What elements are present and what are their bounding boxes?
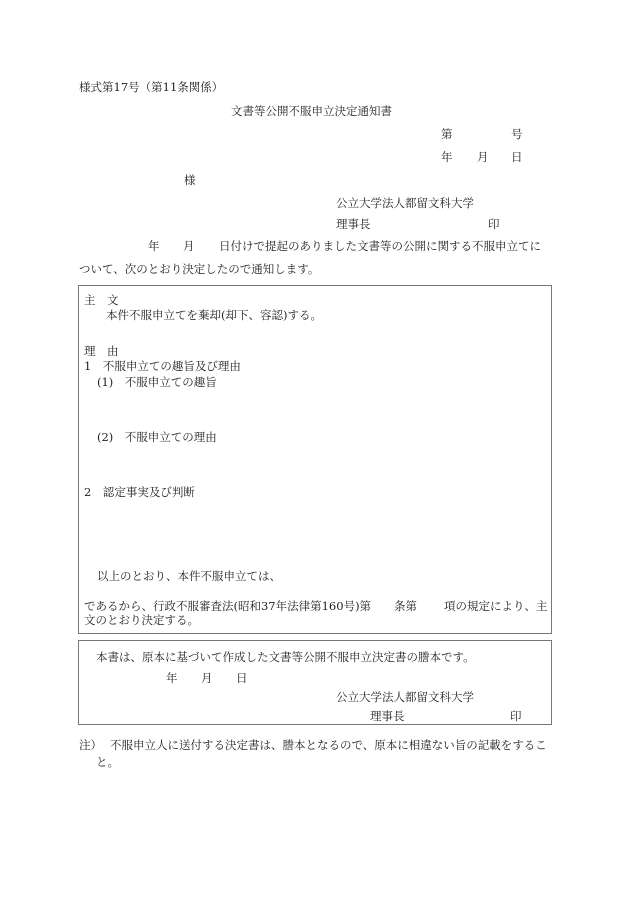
form-number: 様式第17号（第11条関係） [79,80,223,94]
reason-item-2: 2 認定事実及び判断 [84,485,195,499]
date-year: 年 [441,150,453,164]
date-day: 日 [511,150,523,164]
intro-line2: ついて、次のとおり決定したので通知します。 [79,262,319,276]
copy-title: 理事長 [370,709,405,723]
seal-mark: 印 [488,217,500,231]
issuer-title: 理事長 [336,217,371,231]
main-heading: 主 文 [84,293,119,307]
copy-month: 月 [201,671,213,685]
note-line1: 不服申立人に送付する決定書は、謄本となるので、原本に相違ない旨の記載をするこ [110,738,547,752]
intro-line1: 日付けで提起のありました文書等の公開に関する不服申立てに [219,239,541,253]
conclusion-line2-c: 項の規定により、主 [444,599,548,613]
copy-seal-mark: 印 [510,709,522,723]
conclusion-line3: 文のとおり決定する。 [84,613,199,627]
intro-month: 月 [183,239,195,253]
issuer-org: 公立大学法人都留文科大学 [336,196,474,210]
conclusion-line1: 以上のとおり、本件不服申立ては、 [97,569,281,583]
addressee-suffix: 様 [184,173,196,187]
copy-org: 公立大学法人都留文科大学 [336,690,474,704]
reason-heading: 理 由 [84,344,119,358]
date-month: 月 [477,150,489,164]
number-prefix: 第 [441,127,453,141]
conclusion-line2-a: であるから、行政不服審査法(昭和37年法律第160号)第 [84,599,371,613]
document-title: 文書等公開不服申立決定通知書 [231,104,392,118]
main-text: 本件不服申立てを棄却(却下、容認)する。 [106,308,322,322]
reason-item-1-1: (1) 不服申立ての趣旨 [97,375,217,389]
copy-statement: 本書は、原本に基づいて作成した文書等公開不服申立決定書の謄本です。 [96,650,475,664]
reason-item-1-2: (2) 不服申立ての理由 [97,430,217,444]
note-label: 注） [79,738,102,752]
note-line2: と。 [96,755,119,769]
copy-year: 年 [166,671,178,685]
number-suffix: 号 [511,127,523,141]
reason-item-1: 1 不服申立ての趣旨及び理由 [84,359,241,373]
copy-day: 日 [236,671,248,685]
intro-year: 年 [148,239,160,253]
conclusion-line2-b: 条第 [394,599,417,613]
